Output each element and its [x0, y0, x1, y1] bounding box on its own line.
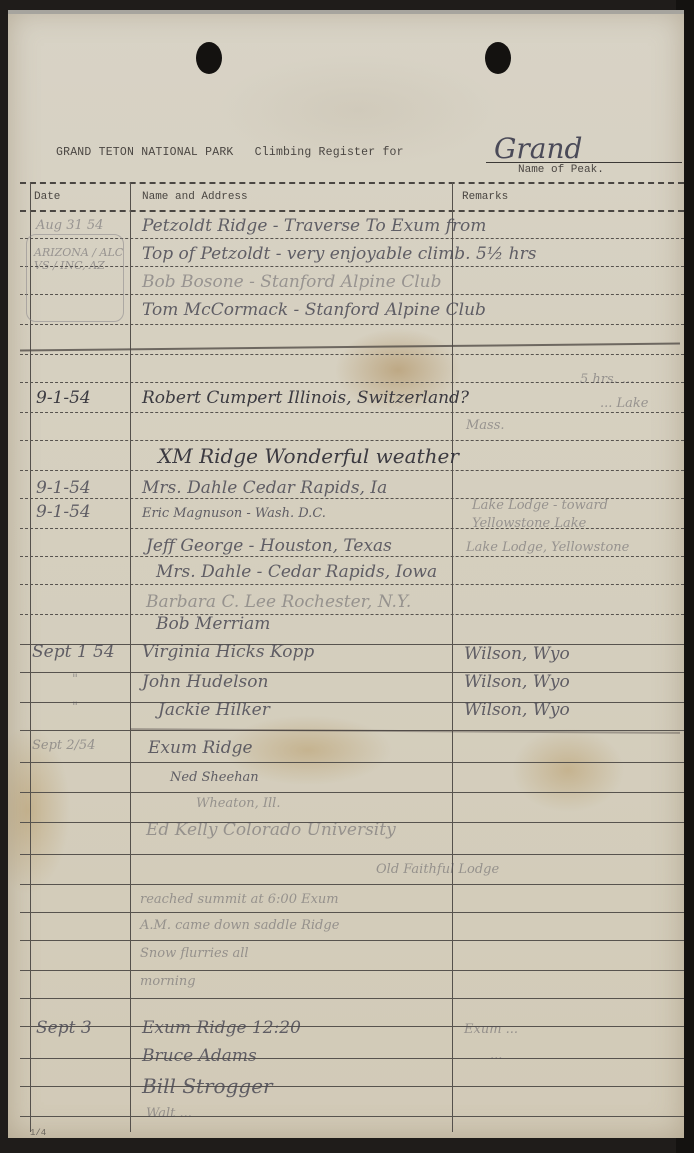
entry-line: Bill Strogger	[142, 1074, 273, 1098]
column-header-name-address: Name and Address	[142, 191, 248, 203]
row-rule	[20, 324, 684, 325]
entry-line: Exum Ridge 12:20	[142, 1018, 301, 1038]
entry-line: Bob Bosone - Stanford Alpine Club	[142, 272, 441, 292]
stamp-text: ARIZONA / ALC VS / INC, AZ	[34, 246, 124, 272]
entry-date: Sept 3	[36, 1018, 92, 1038]
ditto-mark: "	[72, 700, 78, 715]
row-rule	[20, 672, 684, 673]
entry-line: A.M. came down saddle Ridge	[140, 918, 339, 933]
entry-line: Robert Cumpert Illinois, Switzerland?	[142, 388, 469, 408]
column-header-date: Date	[34, 191, 60, 203]
entry-remark: Mass.	[466, 418, 505, 433]
row-rule	[20, 854, 684, 855]
row-rule	[20, 792, 684, 793]
entry-line: John Hudelson	[142, 672, 268, 692]
entry-date: Aug 31 54	[36, 218, 103, 233]
entry-remark: Wilson, Wyo	[464, 672, 570, 692]
register-header: GRAND TETON NATIONAL PARK Climbing Regis…	[56, 146, 418, 159]
column-header-remarks: Remarks	[462, 191, 508, 203]
entry-date: Sept 1 54	[32, 642, 115, 662]
peak-name-caption: Name of Peak.	[518, 164, 604, 176]
entry-remark: 5 hrs. ...	[580, 372, 634, 387]
entry-remark: Wilson, Wyo	[464, 700, 570, 720]
row-rule	[20, 644, 684, 645]
entry-line: Virginia Hicks Kopp	[142, 642, 314, 662]
entry-divider-stroke	[130, 728, 680, 734]
paper-top-edge	[8, 10, 684, 14]
row-rule	[20, 354, 684, 355]
entry-line: Eric Magnuson - Wash. D.C.	[142, 506, 326, 521]
row-rule	[20, 1058, 684, 1059]
peak-name-underline	[486, 162, 682, 163]
row-rule	[20, 762, 684, 763]
entry-line: Tom McCormack - Stanford Alpine Club	[142, 300, 486, 320]
entry-line: Mrs. Dahle - Cedar Rapids, Iowa	[156, 562, 437, 582]
entry-line: Barbara C. Lee Rochester, N.Y.	[146, 592, 411, 612]
punch-hole-right	[485, 42, 511, 74]
row-rule	[20, 614, 684, 615]
row-rule	[20, 940, 684, 941]
entry-remark: Lake Lodge, Yellowstone	[466, 540, 629, 555]
entry-date: 9-1-54	[36, 502, 91, 522]
row-rule	[20, 584, 684, 585]
entry-divider-stroke	[20, 343, 680, 352]
row-rule	[20, 912, 684, 913]
entry-line: Ned Sheehan	[170, 770, 259, 785]
entry-line: Bruce Adams	[142, 1046, 257, 1066]
punch-hole-left	[196, 42, 222, 74]
park-name: GRAND TETON NATIONAL PARK	[56, 146, 234, 159]
row-rule	[20, 470, 684, 471]
row-rule	[20, 556, 684, 557]
entry-line: morning	[140, 974, 196, 989]
row-rule	[20, 1086, 684, 1087]
entry-line: Exum Ridge	[148, 738, 253, 758]
register-label: Climbing Register for	[255, 146, 404, 159]
row-rule	[20, 998, 684, 999]
entry-line: Old Faithful Lodge	[376, 862, 499, 877]
table-header-row: Date Name and Address Remarks	[20, 182, 684, 212]
entry-remark: ... Lake	[600, 396, 648, 411]
entry-remark: Exum ...	[464, 1022, 518, 1037]
entry-remark: Wilson, Wyo	[464, 644, 570, 664]
register-table: Date Name and Address Remarks	[20, 182, 684, 1132]
entry-line: Bob Merriam	[156, 614, 270, 634]
entry-line: Walt ...	[146, 1106, 192, 1121]
entry-line: XM Ridge Wonderful weather	[158, 444, 459, 468]
entry-date: 9-1-54	[36, 388, 91, 408]
entry-line: Snow flurries all	[140, 946, 249, 961]
entry-line: Top of Petzoldt - very enjoyable climb. …	[142, 244, 536, 264]
entry-line: Ed Kelly Colorado University	[146, 820, 396, 840]
ditto-mark: "	[72, 672, 78, 687]
row-rule	[20, 1026, 684, 1027]
row-rule	[20, 412, 684, 413]
entry-remark: Lake Lodge - toward	[472, 498, 608, 513]
entry-line: Jeff George - Houston, Texas	[146, 536, 392, 556]
corner-mark: 1/4	[30, 1128, 46, 1138]
entry-line: Mrs. Dahle Cedar Rapids, Ia	[142, 478, 387, 498]
entry-remark: ...	[490, 1048, 502, 1063]
row-rule	[20, 440, 684, 441]
climbing-register-sheet: GRAND TETON NATIONAL PARK Climbing Regis…	[8, 10, 684, 1138]
entry-line: Petzoldt Ridge - Traverse To Exum from	[142, 216, 486, 236]
peak-name-handwritten: Grand	[494, 132, 582, 165]
row-rule	[20, 970, 684, 971]
entry-line: Jackie Hilker	[158, 700, 270, 720]
row-rule	[20, 884, 684, 885]
entry-line: reached summit at 6:00 Exum	[140, 892, 339, 907]
entry-remark: Yellowstone Lake	[472, 516, 586, 531]
entry-line: Wheaton, Ill.	[196, 796, 280, 811]
entry-date: Sept 2/54	[32, 738, 95, 753]
row-rule	[20, 702, 684, 703]
entry-date: 9-1-54	[36, 478, 91, 498]
row-rule	[20, 1116, 684, 1117]
